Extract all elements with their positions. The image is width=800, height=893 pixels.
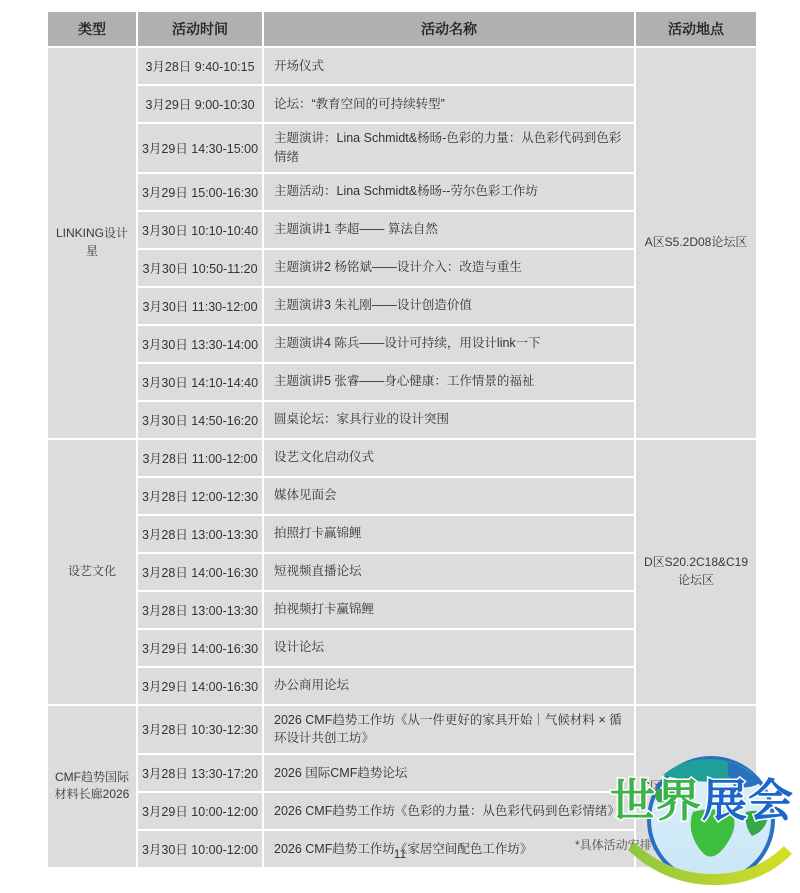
table-row: 3月29日 14:00-16:30设计论坛	[138, 630, 634, 666]
event-time: 3月29日 15:00-16:30	[138, 174, 262, 210]
table-row: 3月29日 10:00-12:002026 CMF趋势工作坊《色彩的力量：从色彩…	[138, 793, 634, 829]
event-time: 3月28日 11:00-12:00	[138, 440, 262, 476]
event-time: 3月29日 14:00-16:30	[138, 668, 262, 704]
page-number: 11	[0, 847, 800, 861]
event-time: 3月29日 14:00-16:30	[138, 630, 262, 666]
event-name: 主题演讲：Lina Schmidt&杨旸-色彩的力量：从色彩代码到色彩情绪	[264, 124, 634, 172]
header-location: 活动地点	[636, 12, 756, 46]
event-name: 主题演讲1 李超—— 算法自然	[264, 212, 634, 248]
event-name: 论坛：“教育空间的可持续转型”	[264, 86, 634, 122]
type-cell: LINKING设计星	[48, 48, 136, 438]
table-row: 3月28日 10:30-12:302026 CMF趋势工作坊《从一件更好的家具开…	[138, 706, 634, 754]
table-header-row: 类型 活动时间 活动名称 活动地点	[48, 12, 756, 46]
table-row: 3月30日 10:50-11:20主题演讲2 杨铭斌——设计介入：改造与重生	[138, 250, 634, 286]
event-time: 3月28日 12:00-12:30	[138, 478, 262, 514]
event-time: 3月30日 14:50-16:20	[138, 402, 262, 438]
event-rows: 3月28日 11:00-12:00设艺文化启动仪式3月28日 12:00-12:…	[138, 440, 634, 704]
table-row: 3月29日 15:00-16:30主题活动：Lina Schmidt&杨旸--劳…	[138, 174, 634, 210]
header-time: 活动时间	[138, 12, 262, 46]
event-name: 主题活动：Lina Schmidt&杨旸--劳尔色彩工作坊	[264, 174, 634, 210]
event-rows: 3月28日 9:40-10:15开场仪式3月29日 9:00-10:30论坛：“…	[138, 48, 634, 438]
event-name: 主题演讲4 陈兵——设计可持续，用设计link一下	[264, 326, 634, 362]
event-name: 主题演讲5 张睿——身心健康：工作情景的福祉	[264, 364, 634, 400]
header-name: 活动名称	[264, 12, 634, 46]
schedule-group: LINKING设计星3月28日 9:40-10:15开场仪式3月29日 9:00…	[48, 48, 756, 438]
table-row: 3月28日 13:30-17:202026 国际CMF趋势论坛	[138, 755, 634, 791]
type-cell: 设艺文化	[48, 440, 136, 704]
table-row: 3月30日 11:30-12:00主题演讲3 朱礼刚——设计创造价值	[138, 288, 634, 324]
event-time: 3月28日 10:30-12:30	[138, 706, 262, 754]
table-row: 3月29日 14:30-15:00主题演讲：Lina Schmidt&杨旸-色彩…	[138, 124, 634, 172]
location-cell: D区S20.2C18&C19 论坛区	[636, 440, 756, 704]
event-name: 2026 CMF趋势工作坊《从一件更好的家具开始｜气候材料 × 循环设计共创工坊…	[264, 706, 634, 754]
location-cell: A区S5.2D08论坛区	[636, 48, 756, 438]
type-cell: CMF趋势国际材料长廊2026	[48, 706, 136, 868]
table-row: 3月29日 14:00-16:30办公商用论坛	[138, 668, 634, 704]
event-name: 设艺文化启动仪式	[264, 440, 634, 476]
event-name: 2026 国际CMF趋势论坛	[264, 755, 634, 791]
table-row: 3月28日 14:00-16:30短视频直播论坛	[138, 554, 634, 590]
table-row: 3月28日 13:00-13:30拍照打卡赢锦鲤	[138, 516, 634, 552]
table-row: 3月30日 14:10-14:40主题演讲5 张睿——身心健康：工作情景的福祉	[138, 364, 634, 400]
event-time: 3月30日 14:10-14:40	[138, 364, 262, 400]
event-name: 媒体见面会	[264, 478, 634, 514]
schedule-table: 类型 活动时间 活动名称 活动地点 LINKING设计星3月28日 9:40-1…	[48, 12, 756, 867]
table-row: 3月30日 10:10-10:40主题演讲1 李超—— 算法自然	[138, 212, 634, 248]
event-rows: 3月28日 10:30-12:302026 CMF趋势工作坊《从一件更好的家具开…	[138, 706, 634, 868]
event-time: 3月28日 13:30-17:20	[138, 755, 262, 791]
schedule-group: 设艺文化3月28日 11:00-12:00设艺文化启动仪式3月28日 12:00…	[48, 440, 756, 704]
event-name: 拍照打卡赢锦鲤	[264, 516, 634, 552]
event-time: 3月30日 13:30-14:00	[138, 326, 262, 362]
table-row: 3月30日 14:50-16:20圆桌论坛：家具行业的设计突围	[138, 402, 634, 438]
table-row: 3月29日 9:00-10:30论坛：“教育空间的可持续转型”	[138, 86, 634, 122]
table-row: 3月28日 11:00-12:00设艺文化启动仪式	[138, 440, 634, 476]
footnote: *具体活动安排详询	[575, 836, 676, 853]
event-time: 3月28日 13:00-13:30	[138, 516, 262, 552]
table-row: 3月30日 13:30-14:00主题演讲4 陈兵——设计可持续，用设计link…	[138, 326, 634, 362]
event-name: 圆桌论坛：家具行业的设计突围	[264, 402, 634, 438]
table-row: 3月28日 13:00-13:30拍视频打卡赢锦鲤	[138, 592, 634, 628]
event-time: 3月30日 10:10-10:40	[138, 212, 262, 248]
table-row: 3月28日 12:00-12:30媒体见面会	[138, 478, 634, 514]
event-name: 办公商用论坛	[264, 668, 634, 704]
event-time: 3月28日 13:00-13:30	[138, 592, 262, 628]
event-time: 3月28日 9:40-10:15	[138, 48, 262, 84]
schedule-groups: LINKING设计星3月28日 9:40-10:15开场仪式3月29日 9:00…	[48, 48, 756, 867]
event-time: 3月28日 14:00-16:30	[138, 554, 262, 590]
event-time: 3月30日 10:50-11:20	[138, 250, 262, 286]
event-name: 2026 CMF趋势工作坊《色彩的力量：从色彩代码到色彩情绪》	[264, 793, 634, 829]
event-time: 3月29日 14:30-15:00	[138, 124, 262, 172]
event-time: 3月30日 11:30-12:00	[138, 288, 262, 324]
event-time: 3月29日 10:00-12:00	[138, 793, 262, 829]
event-name: 主题演讲2 杨铭斌——设计介入：改造与重生	[264, 250, 634, 286]
event-time: 3月29日 9:00-10:30	[138, 86, 262, 122]
header-type: 类型	[48, 12, 136, 46]
event-name: 拍视频打卡赢锦鲤	[264, 592, 634, 628]
event-name: 短视频直播论坛	[264, 554, 634, 590]
event-name: 设计论坛	[264, 630, 634, 666]
event-name: 主题演讲3 朱礼刚——设计创造价值	[264, 288, 634, 324]
table-row: 3月28日 9:40-10:15开场仪式	[138, 48, 634, 84]
event-name: 开场仪式	[264, 48, 634, 84]
